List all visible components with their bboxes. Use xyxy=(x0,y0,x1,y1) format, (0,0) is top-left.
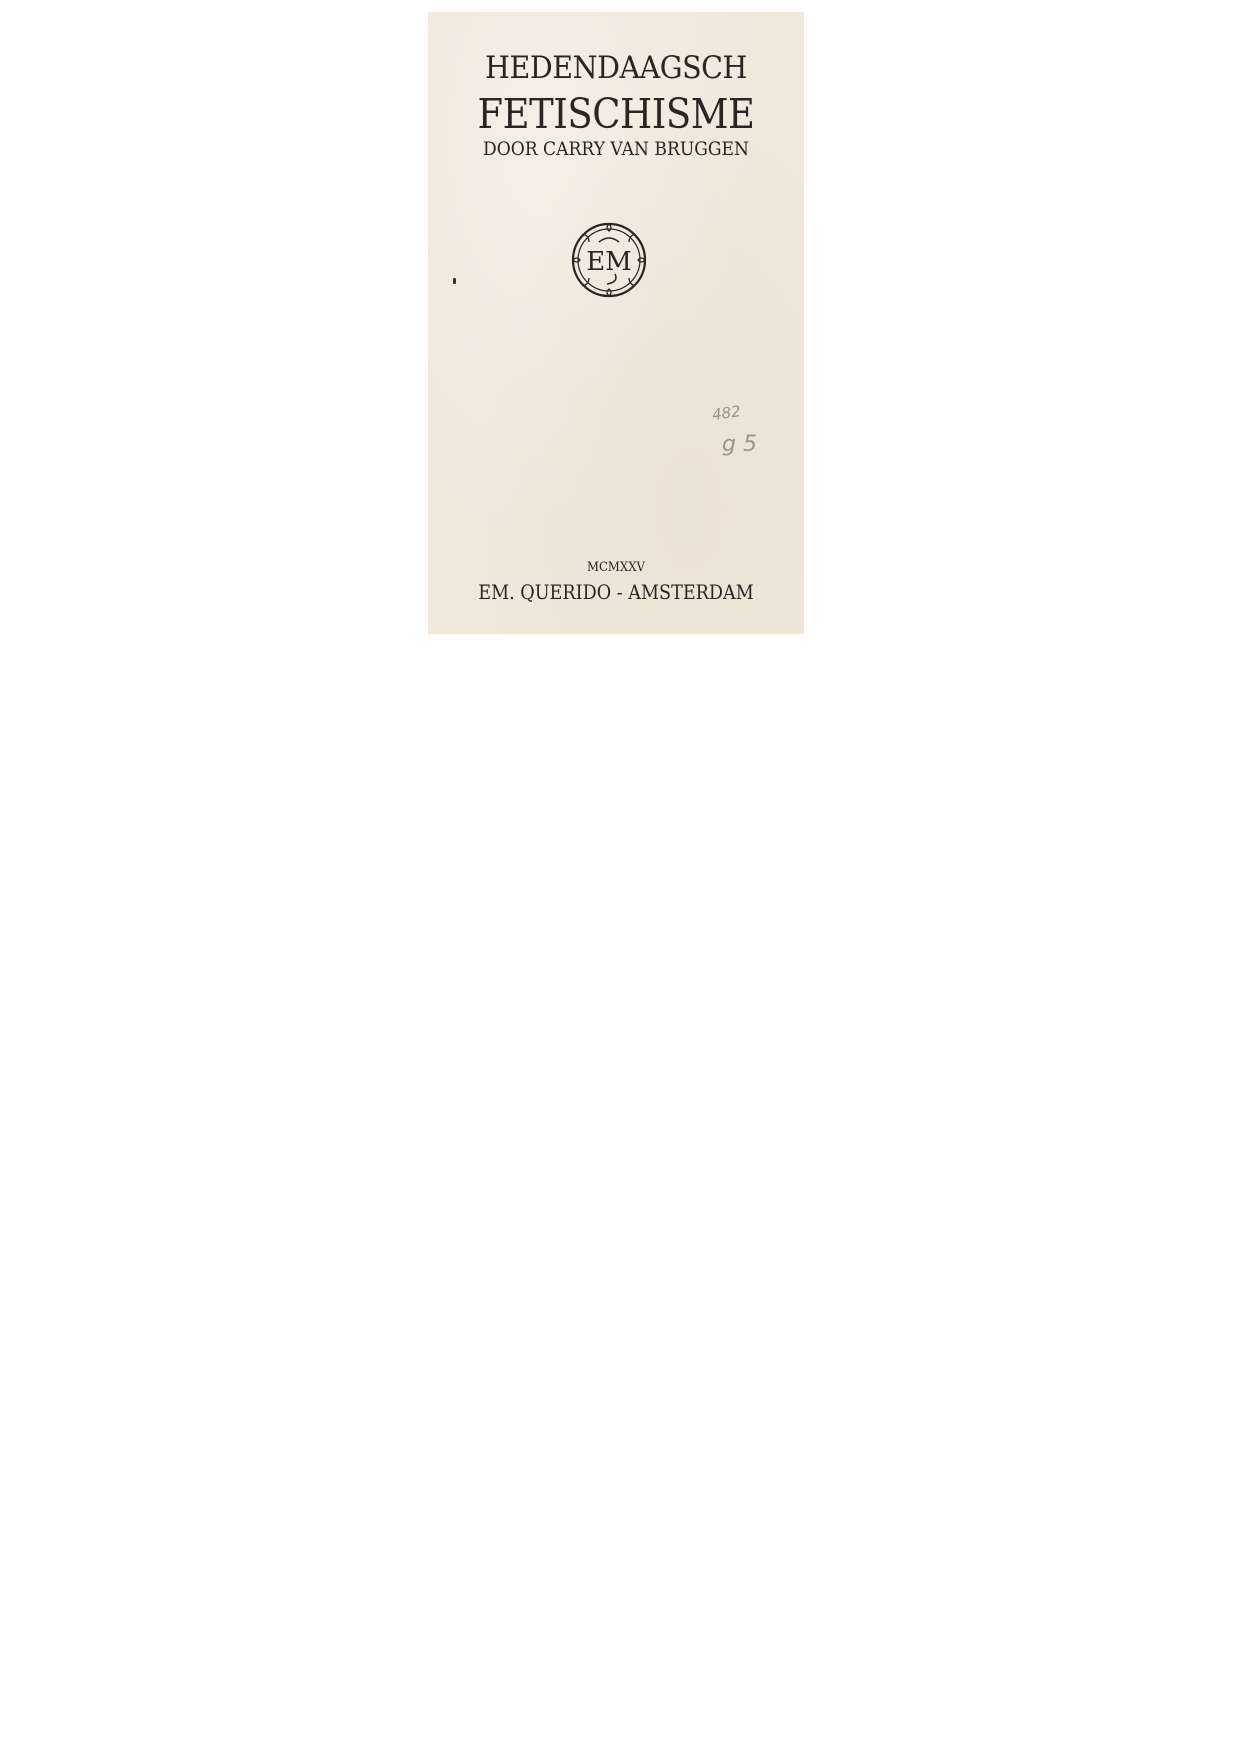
title-line-2: FETISCHISME xyxy=(447,90,785,138)
publication-year: MCMXXV xyxy=(447,560,785,575)
pencil-note-2: g 5 xyxy=(722,432,757,457)
title-page: HEDENDAAGSCH FETISCHISME DOOR CARRY VAN … xyxy=(428,12,804,634)
author-line: DOOR CARRY VAN BRUGGEN xyxy=(447,138,785,160)
svg-text:EM: EM xyxy=(586,247,632,277)
pencil-note-1: 482 xyxy=(711,402,742,424)
title-line-1: HEDENDAAGSCH xyxy=(443,50,789,86)
ink-speck xyxy=(453,278,456,284)
publisher-line: EM. QUERIDO - AMSTERDAM xyxy=(451,580,782,604)
publisher-emblem-icon: EM xyxy=(569,220,649,300)
